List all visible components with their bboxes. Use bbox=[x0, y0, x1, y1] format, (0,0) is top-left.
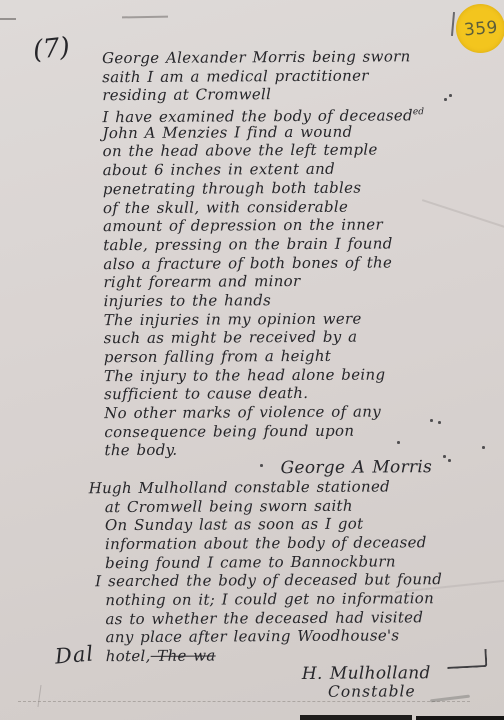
manuscript-line: about 6 inches in extent and bbox=[87, 159, 501, 180]
ink-speck bbox=[448, 459, 451, 462]
manuscript-line: being found I came to Bannockburn bbox=[89, 551, 503, 572]
manuscript-line: as to whether the deceased had visited bbox=[89, 607, 503, 628]
manuscript-line: hotel, The wa bbox=[90, 645, 504, 666]
ink-speck bbox=[444, 98, 447, 101]
signature-line: George A Morris bbox=[89, 458, 503, 479]
manuscript-line: injuries to the hands bbox=[87, 290, 501, 311]
manuscript-line: On Sunday last as soon as I got bbox=[89, 514, 503, 535]
manuscript-line: sufficient to cause death. bbox=[88, 383, 502, 404]
manuscript-line: nothing on it; I could get no informatio… bbox=[89, 589, 503, 610]
manuscript-line: such as might be received by a bbox=[88, 327, 502, 348]
signature-line: H. Mulholland bbox=[90, 663, 504, 684]
ink-stroke-mark bbox=[451, 12, 455, 36]
manuscript-line: George Alexander Morris being sworn bbox=[86, 47, 500, 68]
manuscript-line: right forearm and minor bbox=[87, 271, 501, 292]
scan-edge-shadow bbox=[416, 716, 504, 720]
corner-bracket-mark bbox=[447, 649, 488, 669]
manuscript-line: also a fracture of both bones of the bbox=[87, 252, 501, 273]
ink-speck bbox=[438, 421, 441, 424]
sticker-number: 359 bbox=[463, 17, 499, 40]
page-number: (7) bbox=[32, 32, 72, 66]
scan-mark-dash bbox=[122, 16, 168, 19]
manuscript-line: The injuries in my opinion were bbox=[88, 308, 502, 329]
manuscript-line: information about the body of deceased bbox=[89, 533, 503, 554]
manuscript-line: at Cromwell being sworn saith bbox=[89, 495, 503, 516]
faint-fold-line bbox=[18, 701, 470, 702]
manuscript-line: table, pressing on the brain I found bbox=[87, 234, 501, 255]
manuscript-line: No other marks of violence of any bbox=[88, 402, 502, 423]
manuscript-line: John A Menzies I find a wound bbox=[86, 121, 500, 142]
ink-speck bbox=[430, 419, 433, 422]
manuscript-line: saith I am a medical practitioner bbox=[86, 65, 500, 86]
manuscript-page: (7) 359 George Alexander Morris being sw… bbox=[0, 0, 504, 720]
scan-mark-dash bbox=[0, 18, 16, 20]
manuscript-line: I have examined the body of deceaseded bbox=[86, 103, 500, 124]
paper-crease bbox=[37, 685, 41, 707]
ink-speck bbox=[449, 94, 452, 97]
margin-note: Dal bbox=[54, 641, 95, 668]
archive-number-sticker: 359 bbox=[456, 4, 504, 53]
manuscript-line: any place after leaving Woodhouse's bbox=[90, 626, 504, 647]
manuscript-line: consequence being found upon bbox=[88, 420, 502, 441]
manuscript-line: person falling from a height bbox=[88, 346, 502, 367]
ink-speck bbox=[397, 441, 400, 444]
manuscript-line: on the head above the left temple bbox=[87, 140, 501, 161]
deposition-text: George Alexander Morris being swornsaith… bbox=[86, 47, 504, 704]
manuscript-line: amount of depression on the inner bbox=[87, 215, 501, 236]
ink-speck bbox=[260, 464, 263, 467]
ink-speck bbox=[443, 455, 446, 458]
ink-speck bbox=[482, 446, 485, 449]
manuscript-line: penetrating through both tables bbox=[87, 178, 501, 199]
manuscript-line: Hugh Mulholland constable stationed bbox=[89, 477, 503, 498]
manuscript-line: residing at Cromwell bbox=[86, 84, 500, 105]
scan-edge-shadow bbox=[300, 715, 412, 720]
manuscript-line: The injury to the head alone being bbox=[88, 364, 502, 385]
